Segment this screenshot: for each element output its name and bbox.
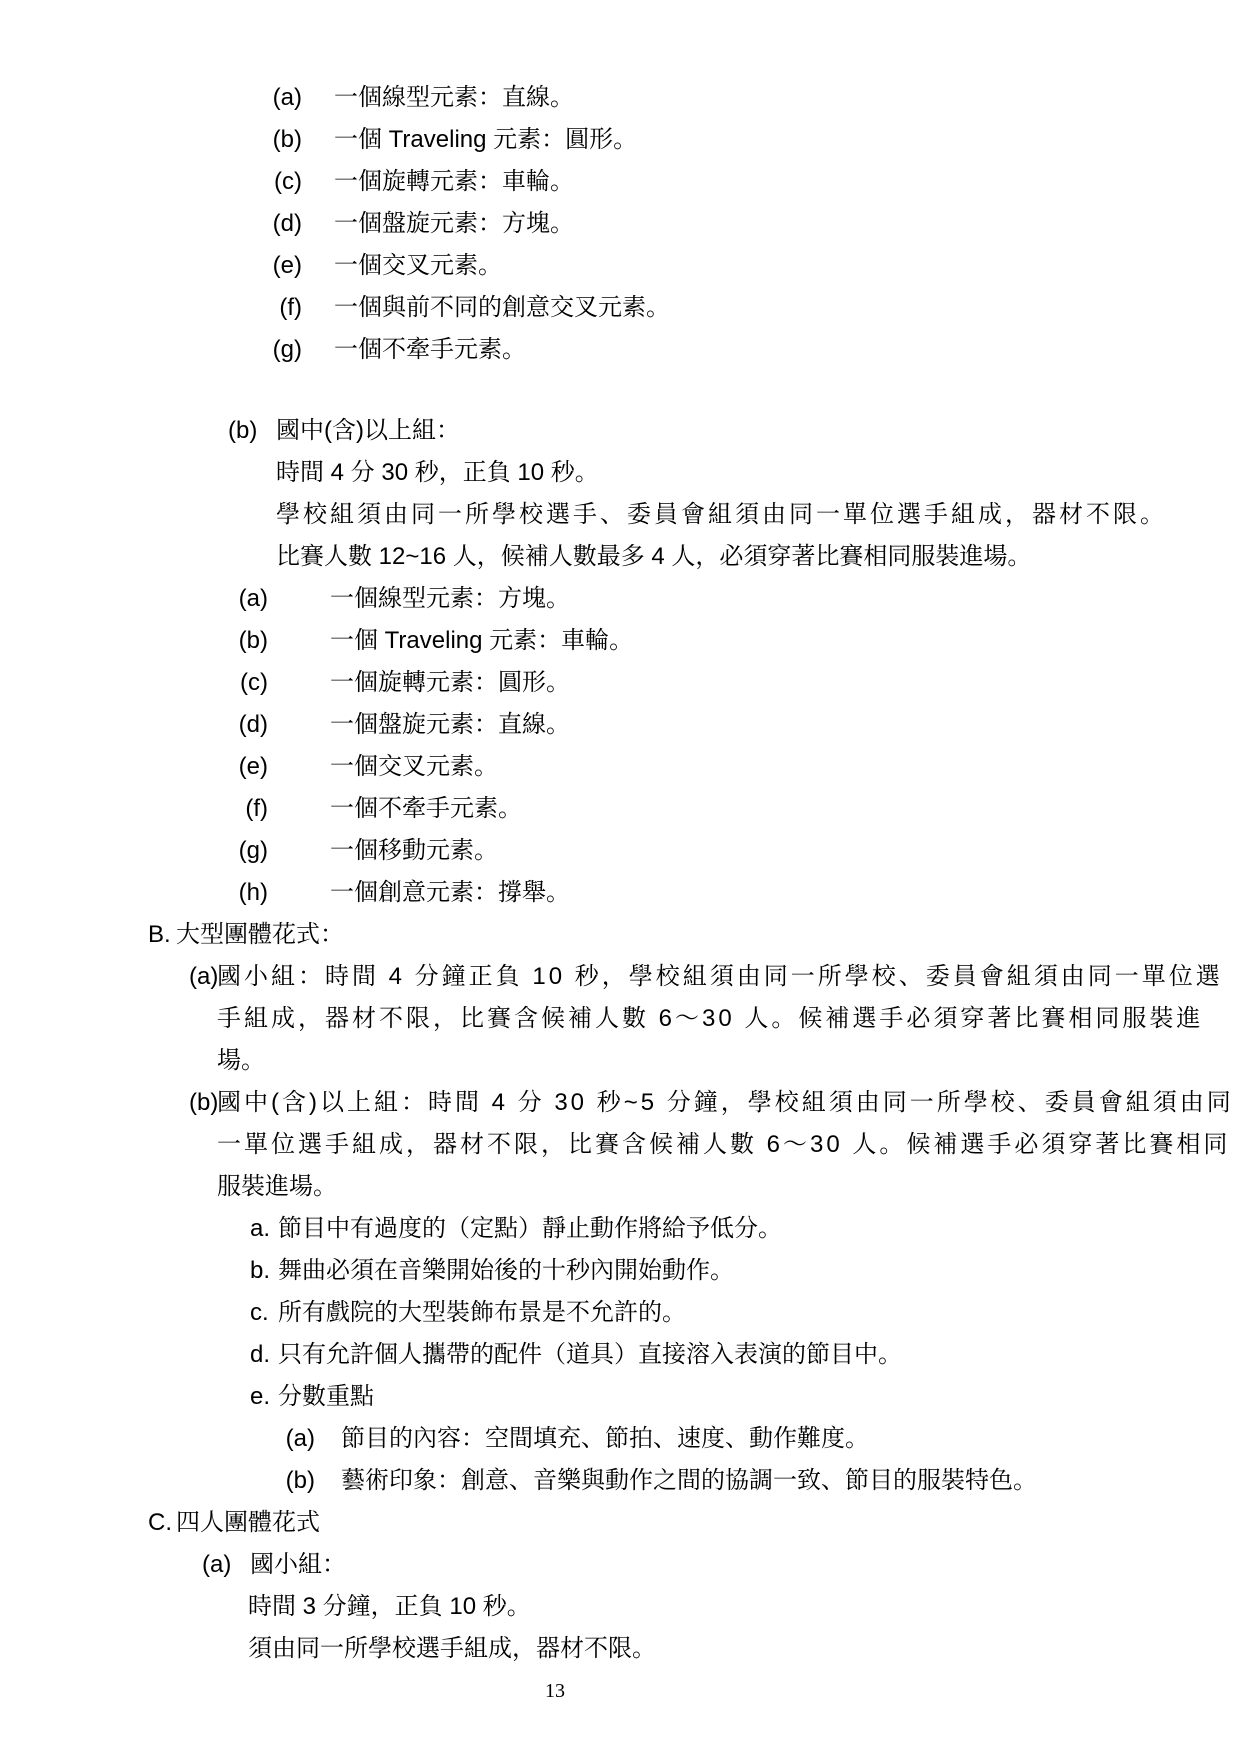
document-line-5: (f)一個與前不同的創意交叉元素。 bbox=[0, 287, 1241, 329]
item-text: 一個創意元素：撐舉。 bbox=[330, 872, 570, 914]
document-line-24: (b)國中(含)以上組：時間 4 分 30 秒~5 分鐘，學校組須由同一所學校、… bbox=[0, 1082, 1241, 1124]
item-text: 一個線型元素：方塊。 bbox=[330, 578, 570, 620]
document-line-8: (b)國中(含)以上組： bbox=[0, 410, 1241, 452]
item-text: 一個與前不同的創意交叉元素。 bbox=[334, 287, 670, 329]
item-label: (d) bbox=[210, 203, 302, 245]
document-line-25: 一單位選手組成，器材不限，比賽含候補人數 6～30 人。候補選手必須穿著比賽相同 bbox=[0, 1124, 1241, 1166]
document-line-19: (h)一個創意元素：撐舉。 bbox=[0, 872, 1241, 914]
item-label: (b) bbox=[196, 620, 268, 662]
item-label: (g) bbox=[196, 830, 268, 872]
document-line-2: (c)一個旋轉元素：車輪。 bbox=[0, 161, 1241, 203]
item-label: (a) bbox=[202, 1544, 246, 1586]
document-line-20: B.大型團體花式： bbox=[0, 914, 1241, 956]
item-text: 場。 bbox=[217, 1040, 265, 1082]
item-label: (f) bbox=[196, 788, 268, 830]
document-line-0: (a)一個線型元素：直線。 bbox=[0, 77, 1241, 119]
item-label: d. bbox=[250, 1334, 276, 1376]
item-text: 藝術印象：創意、音樂與動作之間的協調一致、節目的服裝特色。 bbox=[341, 1460, 1037, 1502]
item-label: (b) bbox=[189, 1082, 219, 1124]
document-line-16: (e)一個交叉元素。 bbox=[0, 746, 1241, 788]
item-label: (a) bbox=[196, 578, 268, 620]
item-label: (b) bbox=[210, 119, 302, 161]
item-text: 國中(含)以上組： bbox=[276, 410, 460, 452]
item-text: 時間 4 分 30 秒，正負 10 秒。 bbox=[276, 452, 599, 494]
item-text: 一個旋轉元素：車輪。 bbox=[334, 161, 574, 203]
item-text: 一個盤旋元素：直線。 bbox=[330, 704, 570, 746]
document-line-32: (a)節目的內容：空間填充、節拍、速度、動作難度。 bbox=[0, 1418, 1241, 1460]
item-text: 只有允許個人攜帶的配件（道具）直接溶入表演的節目中。 bbox=[278, 1334, 902, 1376]
item-text: 國小組：時間 4 分鐘正負 10 秒，學校組須由同一所學校、委員會組須由同一單位… bbox=[217, 956, 1223, 998]
item-text: 時間 3 分鐘，正負 10 秒。 bbox=[248, 1586, 531, 1628]
page-number: 13 bbox=[0, 1670, 1110, 1712]
item-text: 比賽人數 12~16 人，候補人數最多 4 人，必須穿著比賽相同服裝進場。 bbox=[276, 536, 1031, 578]
item-text: 一個交叉元素。 bbox=[334, 245, 502, 287]
document-line-15: (d)一個盤旋元素：直線。 bbox=[0, 704, 1241, 746]
item-label: (b) bbox=[228, 410, 274, 452]
item-label: a. bbox=[250, 1208, 276, 1250]
item-label: (d) bbox=[196, 704, 268, 746]
document-line-29: c.所有戲院的大型裝飾布景是不允許的。 bbox=[0, 1292, 1241, 1334]
item-text: 四人團體花式 bbox=[176, 1502, 320, 1544]
document-line-11: 比賽人數 12~16 人，候補人數最多 4 人，必須穿著比賽相同服裝進場。 bbox=[0, 536, 1241, 578]
document-line-22: 手組成，器材不限，比賽含候補人數 6～30 人。候補選手必須穿著比賽相同服裝進 bbox=[0, 998, 1241, 1040]
item-text: 須由同一所學校選手組成，器材不限。 bbox=[248, 1628, 656, 1670]
item-label: c. bbox=[250, 1292, 276, 1334]
document-line-26: 服裝進場。 bbox=[0, 1166, 1241, 1208]
document-line-18: (g)一個移動元素。 bbox=[0, 830, 1241, 872]
document-line-6: (g)一個不牽手元素。 bbox=[0, 329, 1241, 371]
item-label: b. bbox=[250, 1250, 276, 1292]
document-page: (a)一個線型元素：直線。(b)一個 Traveling 元素：圓形。(c)一個… bbox=[0, 0, 1241, 1755]
item-label: (g) bbox=[210, 329, 302, 371]
item-text: 學校組須由同一所學校選手、委員會組須由同一單位選手組成，器材不限。 bbox=[276, 494, 1167, 536]
item-text: 國中(含)以上組：時間 4 分 30 秒~5 分鐘，學校組須由同一所學校、委員會… bbox=[217, 1082, 1234, 1124]
item-text: 節目中有過度的（定點）靜止動作將給予低分。 bbox=[278, 1208, 782, 1250]
document-line-3: (d)一個盤旋元素：方塊。 bbox=[0, 203, 1241, 245]
document-line-12: (a)一個線型元素：方塊。 bbox=[0, 578, 1241, 620]
item-text: 一個移動元素。 bbox=[330, 830, 498, 872]
item-text: 手組成，器材不限，比賽含候補人數 6～30 人。候補選手必須穿著比賽相同服裝進 bbox=[217, 998, 1203, 1040]
item-label: (b) bbox=[260, 1460, 315, 1502]
item-label: (h) bbox=[196, 872, 268, 914]
item-text: 一個 Traveling 元素：車輪。 bbox=[330, 620, 633, 662]
item-text: 所有戲院的大型裝飾布景是不允許的。 bbox=[278, 1292, 686, 1334]
item-text: 一個旋轉元素：圓形。 bbox=[330, 662, 570, 704]
item-label: (a) bbox=[210, 77, 302, 119]
document-line-1: (b)一個 Traveling 元素：圓形。 bbox=[0, 119, 1241, 161]
item-text: 一個交叉元素。 bbox=[330, 746, 498, 788]
document-line-23: 場。 bbox=[0, 1040, 1241, 1082]
item-label: e. bbox=[250, 1376, 276, 1418]
item-label: (e) bbox=[210, 245, 302, 287]
document-line-21: (a)國小組：時間 4 分鐘正負 10 秒，學校組須由同一所學校、委員會組須由同… bbox=[0, 956, 1241, 998]
item-text: 舞曲必須在音樂開始後的十秒內開始動作。 bbox=[278, 1250, 734, 1292]
item-text: 服裝進場。 bbox=[217, 1166, 337, 1208]
item-label: B. bbox=[148, 914, 178, 956]
item-text: 一個 Traveling 元素：圓形。 bbox=[334, 119, 637, 161]
item-label: (a) bbox=[189, 956, 219, 998]
document-line-14: (c)一個旋轉元素：圓形。 bbox=[0, 662, 1241, 704]
item-text: 國小組： bbox=[250, 1544, 346, 1586]
item-label: (e) bbox=[196, 746, 268, 788]
item-text: 節目的內容：空間填充、節拍、速度、動作難度。 bbox=[341, 1418, 869, 1460]
document-line-27: a.節目中有過度的（定點）靜止動作將給予低分。 bbox=[0, 1208, 1241, 1250]
document-line-28: b.舞曲必須在音樂開始後的十秒內開始動作。 bbox=[0, 1250, 1241, 1292]
document-line-4: (e)一個交叉元素。 bbox=[0, 245, 1241, 287]
item-text: 一個不牽手元素。 bbox=[330, 788, 522, 830]
document-line-10: 學校組須由同一所學校選手、委員會組須由同一單位選手組成，器材不限。 bbox=[0, 494, 1241, 536]
document-line-31: e.分數重點 bbox=[0, 1376, 1241, 1418]
document-line-13: (b)一個 Traveling 元素：車輪。 bbox=[0, 620, 1241, 662]
document-line-33: (b)藝術印象：創意、音樂與動作之間的協調一致、節目的服裝特色。 bbox=[0, 1460, 1241, 1502]
document-line-37: 須由同一所學校選手組成，器材不限。 bbox=[0, 1628, 1241, 1670]
item-text: 大型團體花式： bbox=[176, 914, 344, 956]
document-line-9: 時間 4 分 30 秒，正負 10 秒。 bbox=[0, 452, 1241, 494]
item-label: C. bbox=[148, 1502, 178, 1544]
item-text: 分數重點 bbox=[278, 1376, 374, 1418]
item-text: 一單位選手組成，器材不限，比賽含候補人數 6～30 人。候補選手必須穿著比賽相同 bbox=[217, 1124, 1230, 1166]
item-text: 一個不牽手元素。 bbox=[334, 329, 526, 371]
document-line-36: 時間 3 分鐘，正負 10 秒。 bbox=[0, 1586, 1241, 1628]
item-label: (c) bbox=[210, 161, 302, 203]
item-label: (c) bbox=[196, 662, 268, 704]
document-line-30: d.只有允許個人攜帶的配件（道具）直接溶入表演的節目中。 bbox=[0, 1334, 1241, 1376]
document-line-17: (f)一個不牽手元素。 bbox=[0, 788, 1241, 830]
document-line-35: (a)國小組： bbox=[0, 1544, 1241, 1586]
item-label: (a) bbox=[260, 1418, 315, 1460]
item-text: 一個盤旋元素：方塊。 bbox=[334, 203, 574, 245]
item-label: (f) bbox=[210, 287, 302, 329]
item-text: 一個線型元素：直線。 bbox=[334, 77, 574, 119]
document-line-34: C.四人團體花式 bbox=[0, 1502, 1241, 1544]
